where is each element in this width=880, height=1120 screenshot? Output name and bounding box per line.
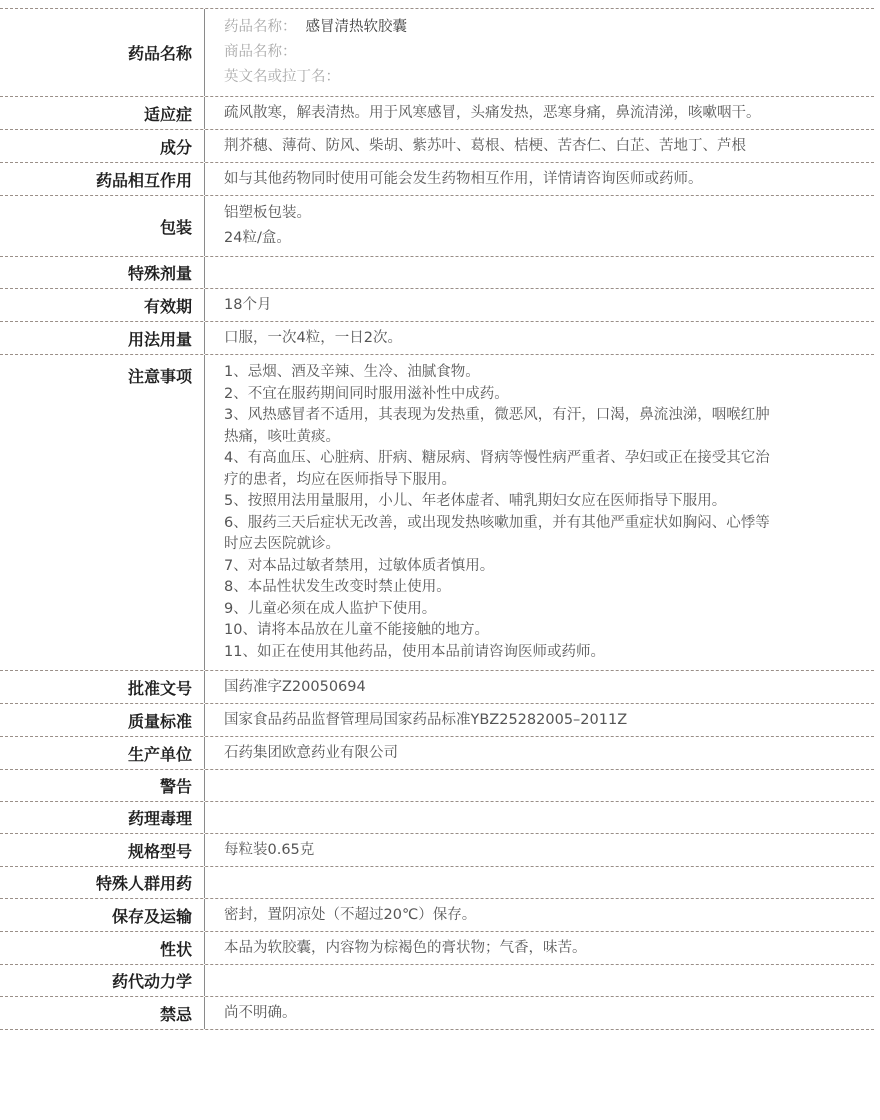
row-pharmacokinetics: 药代动力学 — [0, 965, 874, 997]
precaution-item-1: 1、忌烟、酒及辛辣、生冷、油腻食物。 — [224, 362, 782, 384]
row-content-warning — [205, 770, 874, 801]
row-label-special-population: 特殊人群用药 — [0, 867, 205, 898]
row-label-pharmacology: 药理毒理 — [0, 802, 205, 833]
field-value-drug-name: 感冒清热软胶囊 — [306, 19, 408, 35]
row-label-ingredients: 成分 — [0, 130, 205, 162]
row-content-drug-name: 药品名称：感冒清热软胶囊 商品名称： 英文名或拉丁名： — [205, 9, 874, 96]
storage-text: 密封，置阴凉处（不超过20℃）保存。 — [224, 904, 809, 926]
row-special-population: 特殊人群用药 — [0, 867, 874, 899]
dosage-text: 口服，一次4粒，一日2次。 — [224, 327, 809, 349]
properties-text: 本品为软胶囊，内容物为棕褐色的膏状物；气香，味苦。 — [224, 937, 809, 959]
row-content-manufacturer: 石药集团欧意药业有限公司 — [205, 737, 874, 769]
row-content-specification: 每粒装0.65克 — [205, 834, 874, 866]
row-storage: 保存及运输 密封，置阴凉处（不超过20℃）保存。 — [0, 899, 874, 932]
precaution-item-10: 10、请将本品放在儿童不能接触的地方。 — [224, 620, 782, 642]
quality-standard-text: 国家食品药品监督管理局国家药品标准YBZ25282005–2011Z — [224, 709, 809, 731]
row-content-contraindications: 尚不明确。 — [205, 997, 874, 1029]
row-label-drug-name: 药品名称 — [0, 9, 205, 96]
row-label-pharmacokinetics: 药代动力学 — [0, 965, 205, 996]
row-approval-number: 批准文号 国药准字Z20050694 — [0, 671, 874, 704]
row-manufacturer: 生产单位 石药集团欧意药业有限公司 — [0, 737, 874, 770]
precaution-item-7: 7、对本品过敏者禁用，过敏体质者慎用。 — [224, 556, 782, 578]
approval-number-text: 国药准字Z20050694 — [224, 676, 809, 698]
row-label-precautions: 注意事项 — [0, 355, 205, 670]
row-warning: 警告 — [0, 770, 874, 802]
row-label-contraindications: 禁忌 — [0, 997, 205, 1029]
row-specification: 规格型号 每粒装0.65克 — [0, 834, 874, 867]
precaution-item-5: 5、按照用法用量服用，小儿、年老体虚者、哺乳期妇女应在医师指导下服用。 — [224, 491, 782, 513]
row-label-properties: 性状 — [0, 932, 205, 964]
row-interactions: 药品相互作用 如与其他药物同时使用可能会发生药物相互作用，详情请咨询医师或药师。 — [0, 163, 874, 196]
row-pharmacology: 药理毒理 — [0, 802, 874, 834]
row-label-manufacturer: 生产单位 — [0, 737, 205, 769]
row-label-indications: 适应症 — [0, 97, 205, 129]
row-content-special-population — [205, 867, 874, 898]
row-contraindications: 禁忌 尚不明确。 — [0, 997, 874, 1030]
row-content-pharmacology — [205, 802, 874, 833]
row-content-shelf-life: 18个月 — [205, 289, 874, 321]
precaution-item-4: 4、有高血压、心脏病、肝病、糖尿病、肾病等慢性病严重者、孕妇或正在接受其它治疗的… — [224, 448, 782, 491]
row-precautions: 注意事项 1、忌烟、酒及辛辣、生冷、油腻食物。 2、不宜在服药期间同时服用滋补性… — [0, 355, 874, 671]
ingredients-text: 荆芥穗、薄荷、防风、柴胡、紫苏叶、葛根、桔梗、苦杏仁、白芷、苦地丁、芦根 — [224, 135, 809, 157]
row-special-dosage: 特殊剂量 — [0, 257, 874, 289]
row-label-storage: 保存及运输 — [0, 899, 205, 931]
row-content-ingredients: 荆芥穗、薄荷、防风、柴胡、紫苏叶、葛根、桔梗、苦杏仁、白芷、苦地丁、芦根 — [205, 130, 874, 162]
row-content-special-dosage — [205, 257, 874, 288]
row-label-specification: 规格型号 — [0, 834, 205, 866]
row-ingredients: 成分 荆芥穗、薄荷、防风、柴胡、紫苏叶、葛根、桔梗、苦杏仁、白芷、苦地丁、芦根 — [0, 130, 874, 163]
row-label-quality-standard: 质量标准 — [0, 704, 205, 736]
field-key-trade-name: 商品名称： — [224, 44, 297, 60]
specification-text: 每粒装0.65克 — [224, 839, 809, 861]
row-label-packaging: 包装 — [0, 196, 205, 256]
row-label-dosage: 用法用量 — [0, 322, 205, 354]
field-drug-name: 药品名称：感冒清热软胶囊 — [224, 15, 809, 40]
row-dosage: 用法用量 口服，一次4粒，一日2次。 — [0, 322, 874, 355]
row-packaging: 包装 铝塑板包装。 24粒/盒。 — [0, 196, 874, 257]
indications-text: 疏风散寒，解表清热。用于风寒感冒，头痛发热，恶寒身痛，鼻流清涕，咳嗽咽干。 — [224, 102, 809, 124]
row-label-warning: 警告 — [0, 770, 205, 801]
shelf-life-text: 18个月 — [224, 294, 809, 316]
row-content-quality-standard: 国家食品药品监督管理局国家药品标准YBZ25282005–2011Z — [205, 704, 874, 736]
row-shelf-life: 有效期 18个月 — [0, 289, 874, 322]
contraindications-text: 尚不明确。 — [224, 1002, 809, 1024]
row-label-shelf-life: 有效期 — [0, 289, 205, 321]
row-quality-standard: 质量标准 国家食品药品监督管理局国家药品标准YBZ25282005–2011Z — [0, 704, 874, 737]
row-content-properties: 本品为软胶囊，内容物为棕褐色的膏状物；气香，味苦。 — [205, 932, 874, 964]
row-content-indications: 疏风散寒，解表清热。用于风寒感冒，头痛发热，恶寒身痛，鼻流清涕，咳嗽咽干。 — [205, 97, 874, 129]
row-content-storage: 密封，置阴凉处（不超过20℃）保存。 — [205, 899, 874, 931]
row-label-approval-number: 批准文号 — [0, 671, 205, 703]
row-content-dosage: 口服，一次4粒，一日2次。 — [205, 322, 874, 354]
precaution-item-3: 3、风热感冒者不适用，其表现为发热重，微恶风，有汗，口渴，鼻流浊涕，咽喉红肿热痛… — [224, 405, 782, 448]
field-trade-name: 商品名称： — [224, 40, 809, 65]
packaging-line-2: 24粒/盒。 — [224, 226, 809, 251]
precaution-item-6: 6、服药三天后症状无改善，或出现发热咳嗽加重，并有其他严重症状如胸闷、心悸等时应… — [224, 513, 782, 556]
row-label-special-dosage: 特殊剂量 — [0, 257, 205, 288]
packaging-line-1: 铝塑板包装。 — [224, 201, 809, 226]
precaution-item-9: 9、儿童必须在成人监护下使用。 — [224, 599, 782, 621]
precaution-item-2: 2、不宜在服药期间同时服用滋补性中成药。 — [224, 384, 782, 406]
drug-info-table: 药品名称 药品名称：感冒清热软胶囊 商品名称： 英文名或拉丁名： 适应症 疏风散… — [0, 8, 874, 1030]
row-content-precautions: 1、忌烟、酒及辛辣、生冷、油腻食物。 2、不宜在服药期间同时服用滋补性中成药。 … — [205, 355, 874, 670]
field-english-name: 英文名或拉丁名： — [224, 65, 809, 90]
field-key-english-name: 英文名或拉丁名： — [224, 69, 340, 85]
precaution-item-11: 11、如正在使用其他药品，使用本品前请咨询医师或药师。 — [224, 642, 782, 664]
interactions-text: 如与其他药物同时使用可能会发生药物相互作用，详情请咨询医师或药师。 — [224, 168, 809, 190]
row-properties: 性状 本品为软胶囊，内容物为棕褐色的膏状物；气香，味苦。 — [0, 932, 874, 965]
row-label-interactions: 药品相互作用 — [0, 163, 205, 195]
manufacturer-text: 石药集团欧意药业有限公司 — [224, 742, 809, 764]
row-content-pharmacokinetics — [205, 965, 874, 996]
precaution-item-8: 8、本品性状发生改变时禁止使用。 — [224, 577, 782, 599]
row-content-packaging: 铝塑板包装。 24粒/盒。 — [205, 196, 874, 256]
row-content-approval-number: 国药准字Z20050694 — [205, 671, 874, 703]
row-drug-name: 药品名称 药品名称：感冒清热软胶囊 商品名称： 英文名或拉丁名： — [0, 9, 874, 97]
field-key-drug-name: 药品名称： — [224, 19, 297, 35]
row-indications: 适应症 疏风散寒，解表清热。用于风寒感冒，头痛发热，恶寒身痛，鼻流清涕，咳嗽咽干… — [0, 97, 874, 130]
row-content-interactions: 如与其他药物同时使用可能会发生药物相互作用，详情请咨询医师或药师。 — [205, 163, 874, 195]
